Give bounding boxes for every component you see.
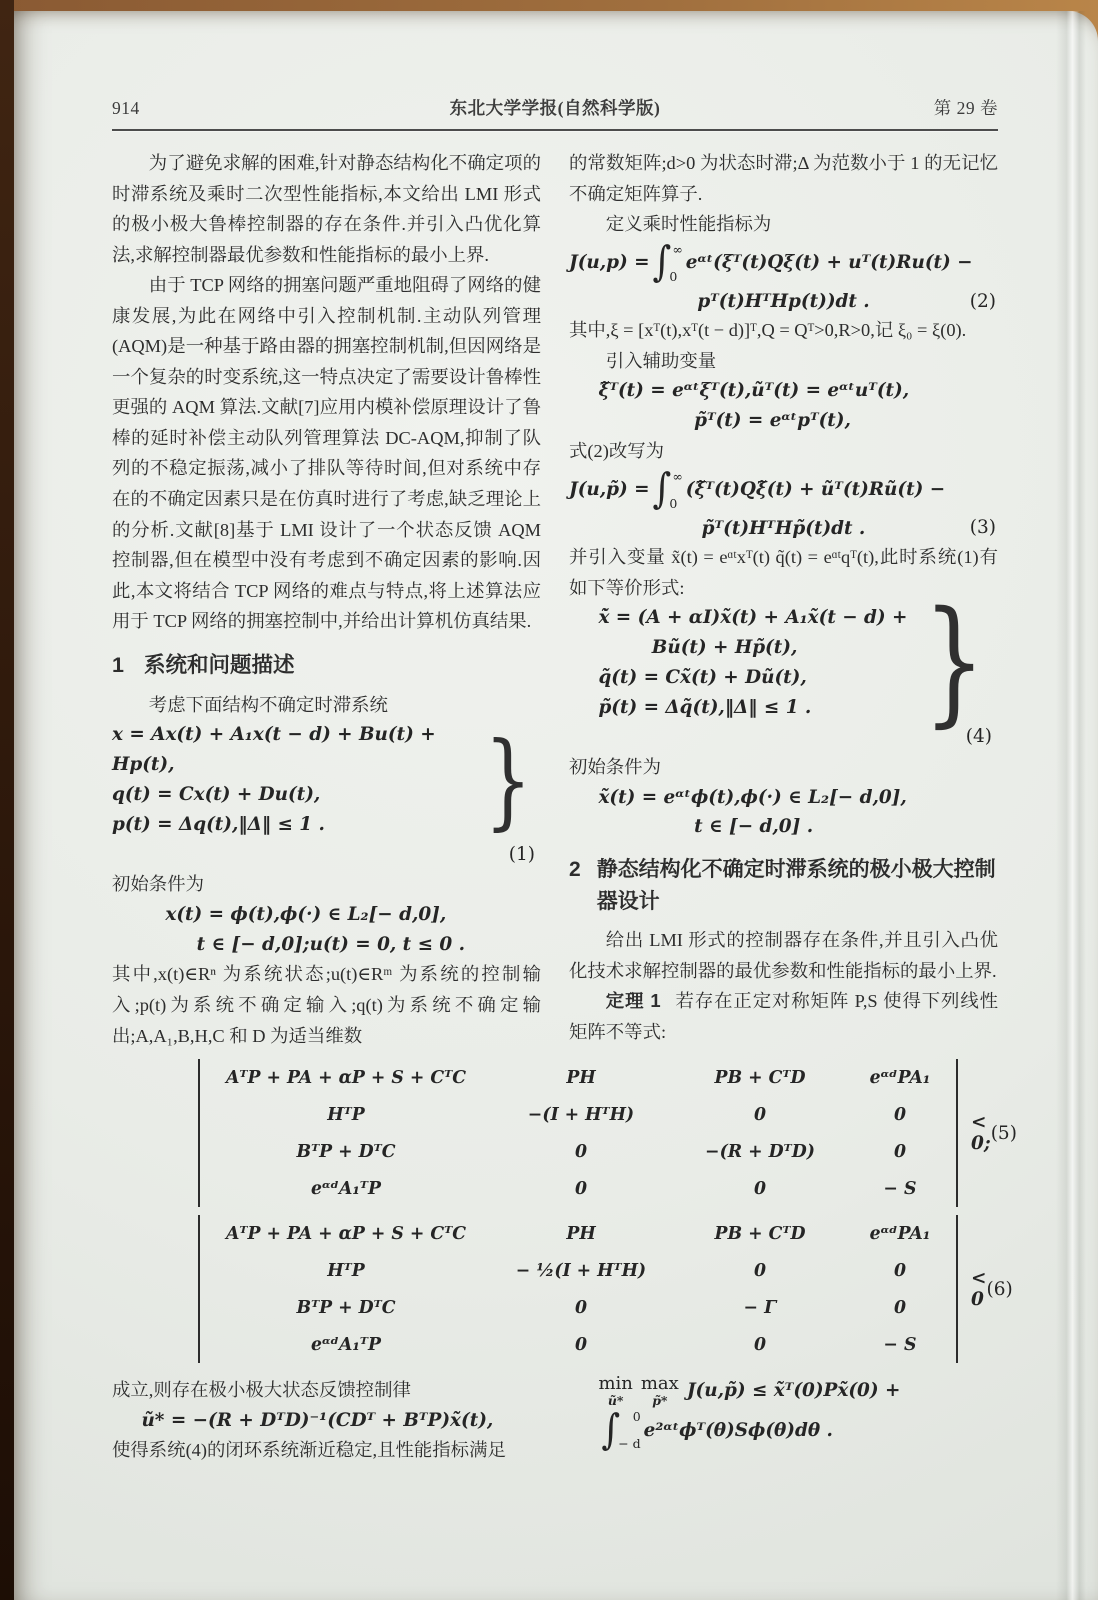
equation-body: (ξ̃ᵀ(t)Qξ̃(t) + ũᵀ(t)Rũ(t) − (686, 476, 945, 504)
paragraph: 式(2)改写为 (569, 436, 998, 467)
equation-1-system: x = Ax(t) + A₁x(t − d) + Bu(t) + Hp(t), … (112, 720, 541, 869)
equation-line: t ∈ [− d,0] . (694, 812, 998, 842)
integral-upper-limit: ∞ (672, 241, 682, 260)
system-brace: } (484, 736, 532, 824)
operator-name: max (641, 1375, 679, 1394)
equation-system: x = Ax(t) + A₁x(t − d) + Bu(t) + Hp(t), … (112, 720, 541, 839)
equation-lines: x = Ax(t) + A₁x(t − d) + Bu(t) + Hp(t), … (112, 720, 475, 839)
paragraph: 由于 TCP 网络的拥塞问题严重地阻碍了网络的健康发展,为此在网络中引入控制机制… (112, 270, 541, 637)
equation-number: (2) (970, 288, 996, 316)
matrix-right-bracket (956, 1059, 958, 1207)
paragraph: 初始条件为 (569, 752, 998, 783)
initial-condition-1: x(t) = ϕ(t),ϕ(·) ∈ L₂[− d,0], t ∈ [− d,0… (112, 900, 541, 960)
integral-sign: ∫ (653, 469, 672, 510)
paragraph: 给出 LMI 形式的控制器存在条件,并且引入凸优化技术求解控制器的最优参数和性能… (569, 925, 998, 986)
matrix-cell: BᵀP + DᵀC (203, 1289, 489, 1326)
initial-condition-2: x̃(t) = eᵅᵗϕ(t),ϕ(·) ∈ L₂[− d,0], t ∈ [−… (569, 783, 998, 843)
matrix-cell: 0 (489, 1326, 673, 1363)
matrix-6-grid: AᵀP + PA + αP + S + CᵀCPHPB + CᵀDeᵅᵈPA₁H… (203, 1215, 953, 1363)
journal-title: 东北大学学报(自然科学版) (232, 95, 878, 120)
matrix-cell: − ½(I + HᵀH) (489, 1252, 673, 1289)
volume-label: 第 29 卷 (878, 95, 998, 120)
paper-sheet: 914 东北大学学报(自然科学版) 第 29 卷 为了避免求解的困难,针对静态结… (14, 11, 1098, 1600)
two-column-body: 为了避免求解的困难,针对静态结构化不确定项的时滞系统及乘时二次型性能指标,本文给… (112, 148, 998, 1051)
paragraph: 引入辅助变量 (569, 346, 998, 377)
matrix-cell: −(I + HᵀH) (489, 1096, 673, 1133)
auxiliary-variables-equation: ξ̃ᵀ(t) = eᵅᵗξᵀ(t),ũᵀ(t) = eᵅᵗuᵀ(t), p̃ᵀ(… (569, 376, 998, 436)
performance-bound-inequality: min ũ* max p̃* J(u,p̃) ≤ x̃ᵀ(0)Px̃(0) + (569, 1375, 998, 1454)
matrix-cell: PB + CᵀD (673, 1215, 847, 1252)
operator-subscript: ũ* (608, 1394, 624, 1407)
matrix-left-bracket (198, 1215, 200, 1363)
theorem-label: 定理 1 (606, 990, 661, 1011)
integral: ∫ ∞ 0 (653, 240, 683, 287)
paragraph: 其中,x(t)∈Rⁿ 为系统状态;u(t)∈Rᵐ 为系统的控制输入;p(t)为系… (112, 959, 541, 1051)
book-gutter-shadow (0, 0, 14, 1600)
equation-line: q̃(t) = Cx̃(t) + Dũ(t), (598, 663, 911, 693)
equation-number: (6) (987, 1279, 1013, 1300)
matrix-cell: 0 (847, 1289, 953, 1326)
theorem-1: 定理 1若存在正定对称矩阵 P,S 使得下列线性矩阵不等式: (569, 986, 998, 1047)
equation-line: x = Ax(t) + A₁x(t − d) + Bu(t) + Hp(t), (112, 720, 475, 780)
paragraph: 其中,ξ = [xᵀ(t),xᵀ(t − d)]ᵀ,Q = Qᵀ>0,R>0,记… (569, 315, 998, 346)
integral-lower-limit: − d (618, 1435, 640, 1454)
max-operator: max p̃* (641, 1375, 679, 1407)
equation-3: J(u,p̃) = ∫ ∞ 0 (ξ̃ᵀ(t)Qξ̃(t) + ũᵀ(t)Rũ(… (569, 467, 998, 543)
page-content: 914 东北大学学报(自然科学版) 第 29 卷 为了避免求解的困难,针对静态结… (14, 11, 1098, 1600)
equation-continuation: pᵀ(t)HᵀHp(t))dt . (697, 288, 869, 316)
bottom-two-columns: 成立,则存在极小极大状态反馈控制律 ũ* = −(R + DᵀD)⁻¹(CDᵀ … (112, 1375, 998, 1466)
section-number: 2 (569, 854, 581, 917)
equation-number: (3) (970, 514, 996, 542)
paragraph: 成立,则存在极小极大状态反馈控制律 (112, 1375, 541, 1406)
matrix-cell: PB + CᵀD (673, 1059, 847, 1096)
bottom-left-column: 成立,则存在极小极大状态反馈控制律 ũ* = −(R + DᵀD)⁻¹(CDᵀ … (112, 1375, 541, 1466)
equation-row: J(u,p̃) = ∫ ∞ 0 (ξ̃ᵀ(t)Qξ̃(t) + ũᵀ(t)Rũ(… (569, 467, 998, 514)
operator-subscript: p̃* (652, 1394, 667, 1407)
matrix-cell: 0 (847, 1096, 953, 1133)
equation-line: x̃̇ = (A + αI)x̃(t) + A₁x̃(t − d) + (598, 603, 911, 633)
lmi-inequality-6: AᵀP + PA + αP + S + CᵀCPHPB + CᵀDeᵅᵈPA₁H… (198, 1215, 998, 1363)
matrix-cell: − Γ (673, 1289, 847, 1326)
matrix-cell: 0 (673, 1326, 847, 1363)
equation-4-system: x̃̇ = (A + αI)x̃(t) + A₁x̃(t − d) + Bũ(t… (569, 603, 998, 752)
equation-number: (1) (112, 840, 541, 870)
operator-name: min (598, 1375, 632, 1394)
equation-body: e²ᵅᵗϕᵀ(θ)Sϕ(θ)dθ . (644, 1417, 833, 1445)
equation-row: pᵀ(t)HᵀHp(t))dt . (2) (569, 288, 998, 316)
matrix-cell: − S (847, 1326, 953, 1363)
matrix-cell: 0 (489, 1133, 673, 1170)
equation-row: min ũ* max p̃* J(u,p̃) ≤ x̃ᵀ(0)Px̃(0) + (598, 1375, 998, 1407)
equation-body: eᵅᵗ(ξᵀ(t)Qξ(t) + uᵀ(t)Ru(t) − (686, 249, 973, 277)
matrix-cell: HᵀP (203, 1252, 489, 1289)
section-1-heading: 1 系统和问题描述 (112, 650, 541, 681)
matrix-cell: AᵀP + PA + αP + S + CᵀC (203, 1059, 489, 1096)
right-column: 的常数矩阵;d>0 为状态时滞;Δ 为范数小于 1 的无记忆不确定矩阵算子. 定… (569, 148, 998, 1051)
paragraph: 考虑下面结构不确定时滞系统 (112, 690, 541, 721)
matrix-cell: 0 (673, 1252, 847, 1289)
integral-limits: 0 − d (620, 1407, 640, 1454)
section-title: 系统和问题描述 (144, 650, 295, 681)
paragraph: 初始条件为 (112, 869, 541, 900)
equation-line: ξ̃ᵀ(t) = eᵅᵗξᵀ(t),ũᵀ(t) = eᵅᵗuᵀ(t), (598, 376, 998, 406)
paragraph: 的常数矩阵;d>0 为状态时滞;Δ 为范数小于 1 的无记忆不确定矩阵算子. (569, 148, 998, 209)
equation-row: J(u,p) = ∫ ∞ 0 eᵅᵗ(ξᵀ(t)Qξ(t) + uᵀ(t)Ru(… (569, 240, 998, 287)
equation-row: ∫ 0 − d e²ᵅᵗϕᵀ(θ)Sϕ(θ)dθ . (598, 1407, 998, 1454)
section-2-heading: 2 静态结构化不确定时滞系统的极小极大控制器设计 (569, 854, 998, 917)
equation-lead: J(u,p) = (569, 249, 650, 277)
equation-continuation: p̃ᵀ(t)HᵀHp̃(t)dt . (702, 515, 866, 543)
integral-sign: ∫ (653, 242, 672, 283)
matrix-cell: 0 (847, 1252, 953, 1289)
paragraph: 为了避免求解的困难,针对静态结构化不确定项的时滞系统及乘时二次型性能指标,本文给… (112, 148, 541, 270)
matrix-5-grid: AᵀP + PA + αP + S + CᵀCPHPB + CᵀDeᵅᵈPA₁H… (203, 1059, 953, 1207)
page-number: 914 (112, 98, 232, 119)
equation-line: x̃(t) = eᵅᵗϕ(t),ϕ(·) ∈ L₂[− d,0], (598, 783, 998, 813)
equation-number: (5) (991, 1123, 1017, 1144)
paragraph: 使得系统(4)的闭环系统渐近稳定,且性能指标满足 (112, 1435, 541, 1466)
integral: ∫ 0 − d (601, 1407, 640, 1454)
equation-line: p̃ᵀ(t) = eᵅᵗpᵀ(t), (694, 406, 998, 436)
equation-line: t ∈ [− d,0];u(t) = 0, t ≤ 0 . (197, 930, 541, 960)
inequality-relation: < 0 (971, 1268, 987, 1310)
integral-sign: ∫ (601, 1410, 620, 1451)
matrix-cell: 0 (847, 1133, 953, 1170)
equation-2: J(u,p) = ∫ ∞ 0 eᵅᵗ(ξᵀ(t)Qξ(t) + uᵀ(t)Ru(… (569, 240, 998, 316)
equation-line: Bũ(t) + Hp̃(t), (652, 633, 912, 663)
matrix-cell: 0 (489, 1170, 673, 1207)
inequality-relation: < 0; (971, 1112, 991, 1154)
equation-line: q(t) = Cx(t) + Du(t), (112, 780, 475, 810)
bottom-right-column: min ũ* max p̃* J(u,p̃) ≤ x̃ᵀ(0)Px̃(0) + (569, 1375, 998, 1466)
paragraph: 定义乘时性能指标为 (569, 209, 998, 240)
min-operator: min ũ* (598, 1375, 632, 1407)
integral: ∫ ∞ 0 (653, 467, 683, 514)
matrix-cell: AᵀP + PA + αP + S + CᵀC (203, 1215, 489, 1252)
matrix-cell: 0 (673, 1096, 847, 1133)
equation-lead: J(u,p̃) = (569, 476, 650, 504)
equation-lines: x̃̇ = (A + αI)x̃(t) + A₁x̃(t − d) + Bũ(t… (598, 603, 911, 722)
integral-limits: ∞ 0 (671, 240, 682, 287)
matrix-cell: PH (489, 1059, 673, 1096)
section-number: 1 (112, 650, 124, 681)
matrix-left-bracket (198, 1059, 200, 1207)
matrix-cell: eᵅᵈPA₁ (847, 1059, 953, 1096)
control-law-equation: ũ* = −(R + DᵀD)⁻¹(CDᵀ + BᵀP)x̃(t), (112, 1406, 541, 1436)
matrix-cell: BᵀP + DᵀC (203, 1133, 489, 1170)
matrix-cell: eᵅᵈA₁ᵀP (203, 1326, 489, 1363)
equation-line: x(t) = ϕ(t),ϕ(·) ∈ L₂[− d,0], (165, 900, 541, 930)
system-brace: } (924, 605, 986, 721)
matrix-cell: HᵀP (203, 1096, 489, 1133)
lmi-inequality-5: AᵀP + PA + αP + S + CᵀCPHPB + CᵀDeᵅᵈPA₁H… (198, 1059, 998, 1207)
left-column: 为了避免求解的困难,针对静态结构化不确定项的时滞系统及乘时二次型性能指标,本文给… (112, 148, 541, 1051)
equation-body: J(u,p̃) ≤ x̃ᵀ(0)Px̃(0) + (687, 1377, 901, 1405)
scanned-page-photo: 914 东北大学学报(自然科学版) 第 29 卷 为了避免求解的困难,针对静态结… (0, 0, 1098, 1600)
header-rule (112, 129, 998, 131)
matrix-cell: PH (489, 1215, 673, 1252)
matrix-cell: −(R + DᵀD) (673, 1133, 847, 1170)
matrix-cell: 0 (673, 1170, 847, 1207)
matrix-cell: − S (847, 1170, 953, 1207)
matrix-cell: eᵅᵈPA₁ (847, 1215, 953, 1252)
matrix-right-bracket (956, 1215, 958, 1363)
equation-line: ũ* = −(R + DᵀD)⁻¹(CDᵀ + BᵀP)x̃(t), (141, 1406, 541, 1436)
matrix-cell: 0 (489, 1289, 673, 1326)
equation-line: p̃(t) = Δq̃(t),‖Δ‖ ≤ 1 . (598, 693, 911, 723)
integral-limits: ∞ 0 (671, 467, 682, 514)
integral-upper-limit: ∞ (672, 468, 682, 487)
equation-row: p̃ᵀ(t)HᵀHp̃(t)dt . (3) (569, 515, 998, 543)
equation-system: x̃̇ = (A + αI)x̃(t) + A₁x̃(t − d) + Bũ(t… (569, 603, 998, 722)
integral-upper-limit: 0 (633, 1408, 641, 1427)
running-header: 914 东北大学学报(自然科学版) 第 29 卷 (112, 95, 998, 120)
equation-line: p(t) = Δq(t),‖Δ‖ ≤ 1 . (112, 810, 475, 840)
matrix-cell: eᵅᵈA₁ᵀP (203, 1170, 489, 1207)
section-title: 静态结构化不确定时滞系统的极小极大控制器设计 (597, 854, 998, 917)
